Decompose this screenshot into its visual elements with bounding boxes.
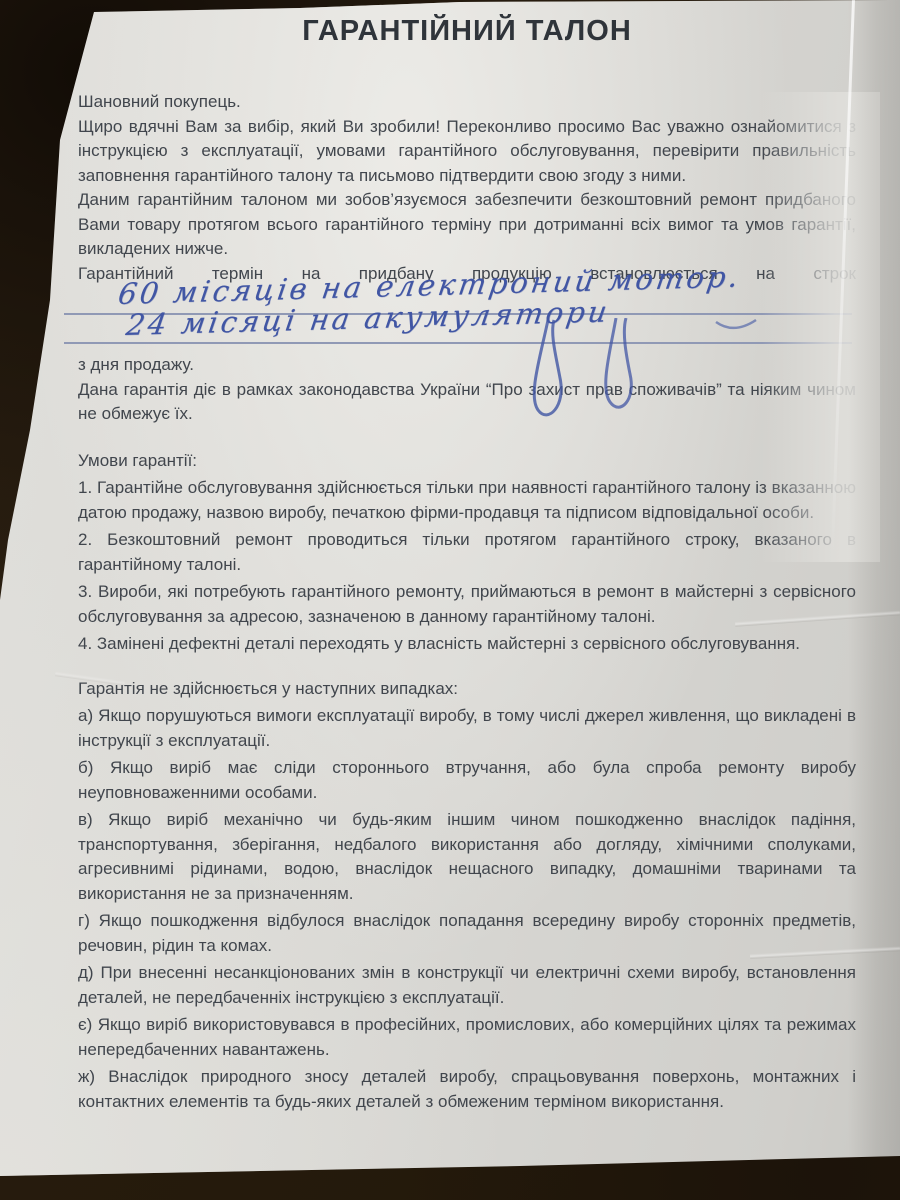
- exclusion-item-zh: ж) Внаслідок природного зносу деталей ви…: [78, 1065, 856, 1114]
- document-content: ГАРАНТІЙНИЙ ТАЛОН Шановний покупець. Щир…: [78, 0, 856, 1114]
- warranty-card-paper: ГАРАНТІЙНИЙ ТАЛОН Шановний покупець. Щир…: [0, 0, 900, 1200]
- intro-paragraph: Щиро вдячні Вам за вибір, який Ви зробил…: [78, 115, 856, 189]
- photo-background: ГАРАНТІЙНИЙ ТАЛОН Шановний покупець. Щир…: [0, 0, 900, 1200]
- condition-item-2: 2. Безкоштовний ремонт проводиться тільк…: [78, 528, 856, 577]
- promise-paragraph: Даним гарантійним талоном ми зобов’язуєм…: [78, 188, 856, 262]
- term-suffix: з дня продажу.: [78, 353, 856, 378]
- law-note-paragraph: Дана гарантія діє в рамках законодавства…: [78, 378, 856, 427]
- greeting-line: Шановний покупець.: [78, 90, 856, 115]
- document-title: ГАРАНТІЙНИЙ ТАЛОН: [78, 15, 856, 48]
- blank-rule-2: 24 місяці на акумулятори: [64, 315, 852, 344]
- conditions-heading: Умови гарантії:: [78, 449, 856, 474]
- condition-item-4: 4. Замінені дефектні деталі переходять у…: [78, 632, 856, 657]
- exclusion-item-v: в) Якщо виріб механічно чи будь-яким інш…: [78, 808, 856, 906]
- fold-shadow: [848, 0, 900, 1158]
- condition-item-1: 1. Гарантійне обслуговування здійснюєтьс…: [78, 476, 856, 525]
- exclusion-item-a: а) Якщо порушуються вимоги експлуатації …: [78, 704, 856, 753]
- exclusions-heading: Гарантія не здійснюється у наступних вип…: [78, 677, 856, 702]
- exclusion-item-ye: є) Якщо виріб використовувався в професі…: [78, 1013, 856, 1062]
- exclusion-item-b: б) Якщо виріб має сліди стороннього втру…: [78, 756, 856, 805]
- exclusion-item-h: г) Якщо пошкодження відбулося внаслідок …: [78, 909, 856, 958]
- exclusion-item-d: д) При внесенні несанкціонованих змін в …: [78, 961, 856, 1010]
- handwritten-term-block: 60 місяців на електроний мотор. 24 місяц…: [64, 286, 852, 344]
